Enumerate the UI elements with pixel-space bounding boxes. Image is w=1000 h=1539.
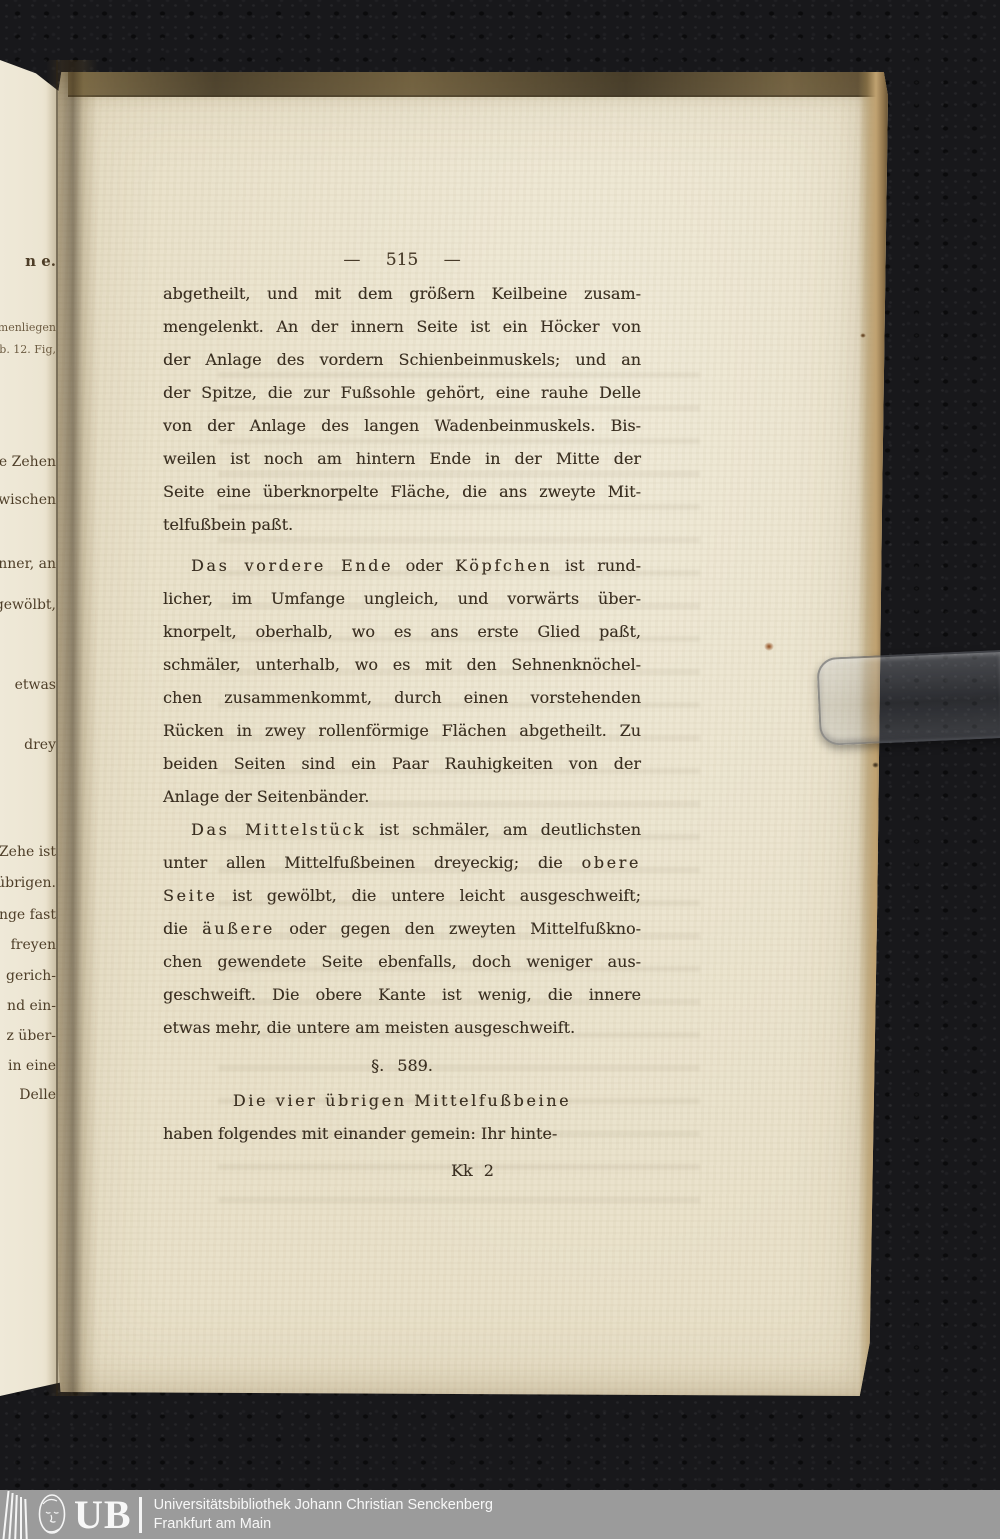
text-line: beiden Seiten sind ein Paar Rauhigkeiten… bbox=[163, 747, 641, 780]
text-line: haben folgendes mit einander gemein: Ihr… bbox=[163, 1117, 641, 1150]
text-segment: knorpelt, oberhalb, wo es ans erste Glie… bbox=[163, 622, 641, 641]
text-line: chen gewendete Seite ebenfalls, doch wen… bbox=[163, 945, 641, 978]
page-number: — 515 — bbox=[163, 244, 641, 277]
library-name: Universitätsbibliothek Johann Christian … bbox=[154, 1496, 493, 1515]
text-segment: die bbox=[163, 919, 202, 938]
gutter-fold-line bbox=[56, 60, 58, 1396]
text-segment: Anlage der Seitenbänder. bbox=[163, 787, 369, 806]
text-line: Kk 2 bbox=[163, 1154, 641, 1187]
page-top-edge bbox=[68, 72, 888, 97]
text-segment: der Anlage des vordern Schienbeinmuskels… bbox=[163, 350, 641, 369]
text-segment: haben folgendes mit einander gemein: Ihr… bbox=[163, 1124, 557, 1143]
logo-divider bbox=[139, 1497, 142, 1533]
text-line: licher, im Umfange ungleich, und vorwärt… bbox=[163, 582, 641, 615]
foxing-spot bbox=[860, 333, 866, 338]
text-segment: licher, im Umfange ungleich, und vorwärt… bbox=[163, 589, 641, 608]
text-segment: oder bbox=[393, 556, 455, 575]
text-segment: chen zusammenkommt, durch einen vorstehe… bbox=[163, 688, 641, 707]
text-line: Anlage der Seitenbänder. bbox=[163, 780, 641, 813]
text-line: Das Mittelstück ist schmäler, am deutlic… bbox=[163, 813, 641, 846]
text-segment: Seite eine überknorpelte Fläche, die ans… bbox=[163, 482, 641, 501]
emphasized-text: Seite bbox=[163, 886, 217, 905]
paragraph: Das vordere Ende oder Köpfchen ist rund-… bbox=[163, 549, 641, 813]
text-line: etwas mehr, die untere am meisten ausges… bbox=[163, 1011, 641, 1044]
text-line: der Anlage des vordern Schienbeinmuskels… bbox=[163, 343, 641, 376]
ub-logo: UB bbox=[0, 1490, 142, 1539]
footer-text: Universitätsbibliothek Johann Christian … bbox=[154, 1496, 493, 1533]
text-line: §. 589. bbox=[163, 1049, 641, 1082]
text-line: der Spitze, die zur Fußsohle gehört, ein… bbox=[163, 376, 641, 409]
library-location: Frankfurt am Main bbox=[154, 1515, 493, 1534]
text-line: — 515 — bbox=[163, 244, 641, 277]
text-line: Seite eine überknorpelte Fläche, die ans… bbox=[163, 475, 641, 508]
text-segment: etwas mehr, die untere am meisten ausges… bbox=[163, 1018, 575, 1037]
foxing-spot bbox=[872, 762, 879, 768]
text-line: mengelenkt. An der innern Seite ist ein … bbox=[163, 310, 641, 343]
text-line: von der Anlage des langen Wadenbeinmuske… bbox=[163, 409, 641, 442]
text-segment: chen gewendete Seite ebenfalls, doch wen… bbox=[163, 952, 641, 971]
gutter-shadow bbox=[46, 60, 98, 1396]
text-line: weilen ist noch am hintern Ende in der M… bbox=[163, 442, 641, 475]
emphasized-text: Die vier übrigen Mittelfußbeine bbox=[233, 1091, 571, 1110]
text-line: schmäler, unterhalb, wo es mit den Sehne… bbox=[163, 648, 641, 681]
text-line: Das vordere Ende oder Köpfchen ist rund- bbox=[163, 549, 641, 582]
text-segment: ist schmäler, am deutlichsten bbox=[366, 820, 641, 839]
text-line: abgetheilt, und mit dem größern Keilbein… bbox=[163, 277, 641, 310]
emphasized-text: Das Mittelstück bbox=[191, 820, 366, 839]
text-segment: geschweift. Die obere Kante ist wenig, d… bbox=[163, 985, 641, 1004]
emphasized-text: obere bbox=[582, 853, 641, 872]
text-segment: Rücken in zwey rollenförmige Flächen abg… bbox=[163, 721, 641, 740]
paragraph: Das Mittelstück ist schmäler, am deutlic… bbox=[163, 813, 641, 1044]
text-line: knorpelt, oberhalb, wo es ans erste Glie… bbox=[163, 615, 641, 648]
footer-banner: UB Universitätsbibliothek Johann Christi… bbox=[0, 1490, 1000, 1539]
goethe-portrait-icon bbox=[36, 1492, 68, 1538]
emphasized-text: Köpfchen bbox=[455, 556, 552, 575]
text-segment: telfußbein paßt. bbox=[163, 515, 293, 534]
text-segment: schmäler, unterhalb, wo es mit den Sehne… bbox=[163, 655, 641, 674]
text-line: unter allen Mittelfußbeinen dreyeckig; d… bbox=[163, 846, 641, 879]
text-line: telfußbein paßt. bbox=[163, 508, 641, 541]
section-heading: §. 589. bbox=[163, 1049, 641, 1082]
text-segment: mengelenkt. An der innern Seite ist ein … bbox=[163, 317, 641, 336]
text-segment: ist gewölbt, die untere leicht ausgeschw… bbox=[217, 886, 641, 905]
paragraph: abgetheilt, und mit dem größern Keilbein… bbox=[163, 277, 641, 541]
text-segment: weilen ist noch am hintern Ende in der M… bbox=[163, 449, 641, 468]
text-line: Seite ist gewölbt, die untere leicht aus… bbox=[163, 879, 641, 912]
text-segment: abgetheilt, und mit dem größern Keilbein… bbox=[163, 284, 641, 303]
ub-logo-text: UB bbox=[74, 1490, 132, 1539]
text-segment: unter allen Mittelfußbeinen dreyeckig; d… bbox=[163, 853, 582, 872]
text-line: die äußere oder gegen den zweyten Mittel… bbox=[163, 912, 641, 945]
text-segment: der Spitze, die zur Fußsohle gehört, ein… bbox=[163, 383, 641, 402]
text-segment: oder gegen den zweyten Mittelfußkno- bbox=[275, 919, 641, 938]
text-line: chen zusammenkommt, durch einen vorstehe… bbox=[163, 681, 641, 714]
foxing-spot bbox=[764, 642, 774, 651]
book-scan-photo: n e.ammenliegenab. 12. Fig,die Zehenn zw… bbox=[0, 0, 1000, 1539]
paragraph: Die vier übrigen Mittelfußbeinehaben fol… bbox=[163, 1084, 641, 1150]
plastic-bookmark bbox=[816, 650, 1000, 746]
text-segment: ist rund- bbox=[552, 556, 641, 575]
text-segment: von der Anlage des langen Wadenbeinmuske… bbox=[163, 416, 641, 435]
emphasized-text: Das vordere Ende bbox=[191, 556, 393, 575]
logo-book-spines-icon bbox=[5, 1490, 30, 1539]
text-segment: beiden Seiten sind ein Paar Rauhigkeiten… bbox=[163, 754, 641, 773]
text-line: geschweift. Die obere Kante ist wenig, d… bbox=[163, 978, 641, 1011]
text-line: Rücken in zwey rollenförmige Flächen abg… bbox=[163, 714, 641, 747]
text-line: Die vier übrigen Mittelfußbeine bbox=[163, 1084, 641, 1117]
emphasized-text: äußere bbox=[202, 919, 275, 938]
signature-mark: Kk 2 bbox=[163, 1154, 641, 1187]
page-text: — 515 —abgetheilt, und mit dem größern K… bbox=[163, 244, 641, 1187]
